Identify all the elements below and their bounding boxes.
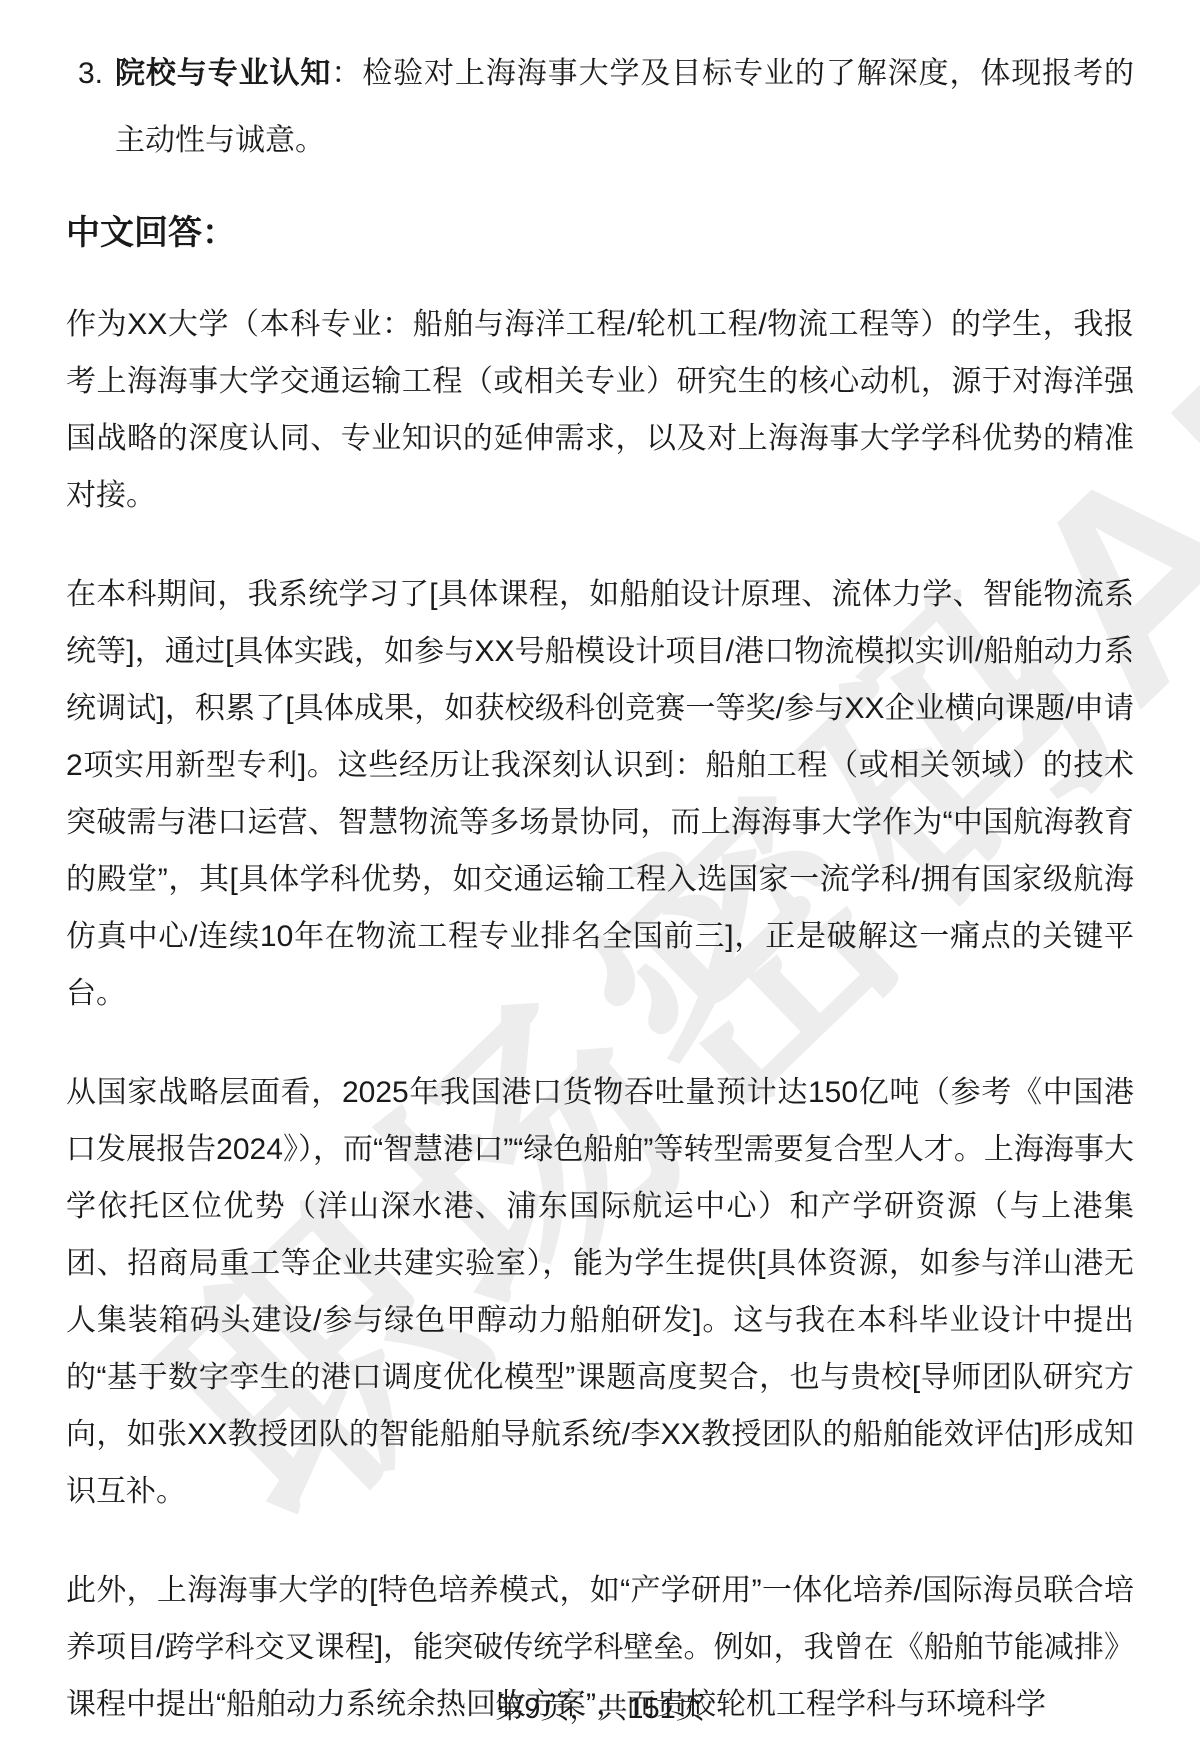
page-footer: 第9页，共151页 — [0, 1686, 1200, 1727]
paragraph-motivation: 作为XX大学（本科专业：船舶与海洋工程/轮机工程/物流工程等）的学生，我报考上海… — [66, 296, 1134, 524]
paragraph-undergraduate-experience: 在本科期间，我系统学习了[具体课程，如船舶设计原理、流体力学、智能物流系统等]，… — [66, 566, 1134, 1022]
list-item-text: 院校与专业认知：检验对上海海事大学及目标专业的了解深度，体现报考的主动性与诚意。 — [115, 40, 1134, 174]
numbered-list-item-3: 3. 院校与专业认知：检验对上海海事大学及目标专业的了解深度，体现报考的主动性与… — [66, 40, 1134, 174]
page-content: 3. 院校与专业认知：检验对上海海事大学及目标专业的了解深度，体现报考的主动性与… — [66, 40, 1134, 1733]
list-item-number: 3. — [78, 40, 115, 107]
section-heading-chinese-answer: 中文回答： — [66, 210, 1134, 256]
paragraph-national-strategy: 从国家战略层面看，2025年我国港口货物吞吐量预计达150亿吨（参考《中国港口发… — [66, 1064, 1134, 1520]
list-item-term: 院校与专业认知 — [115, 57, 331, 90]
document-page: 职场密码AI 3. 院校与专业认知：检验对上海海事大学及目标专业的了解深度，体现… — [0, 0, 1200, 1755]
